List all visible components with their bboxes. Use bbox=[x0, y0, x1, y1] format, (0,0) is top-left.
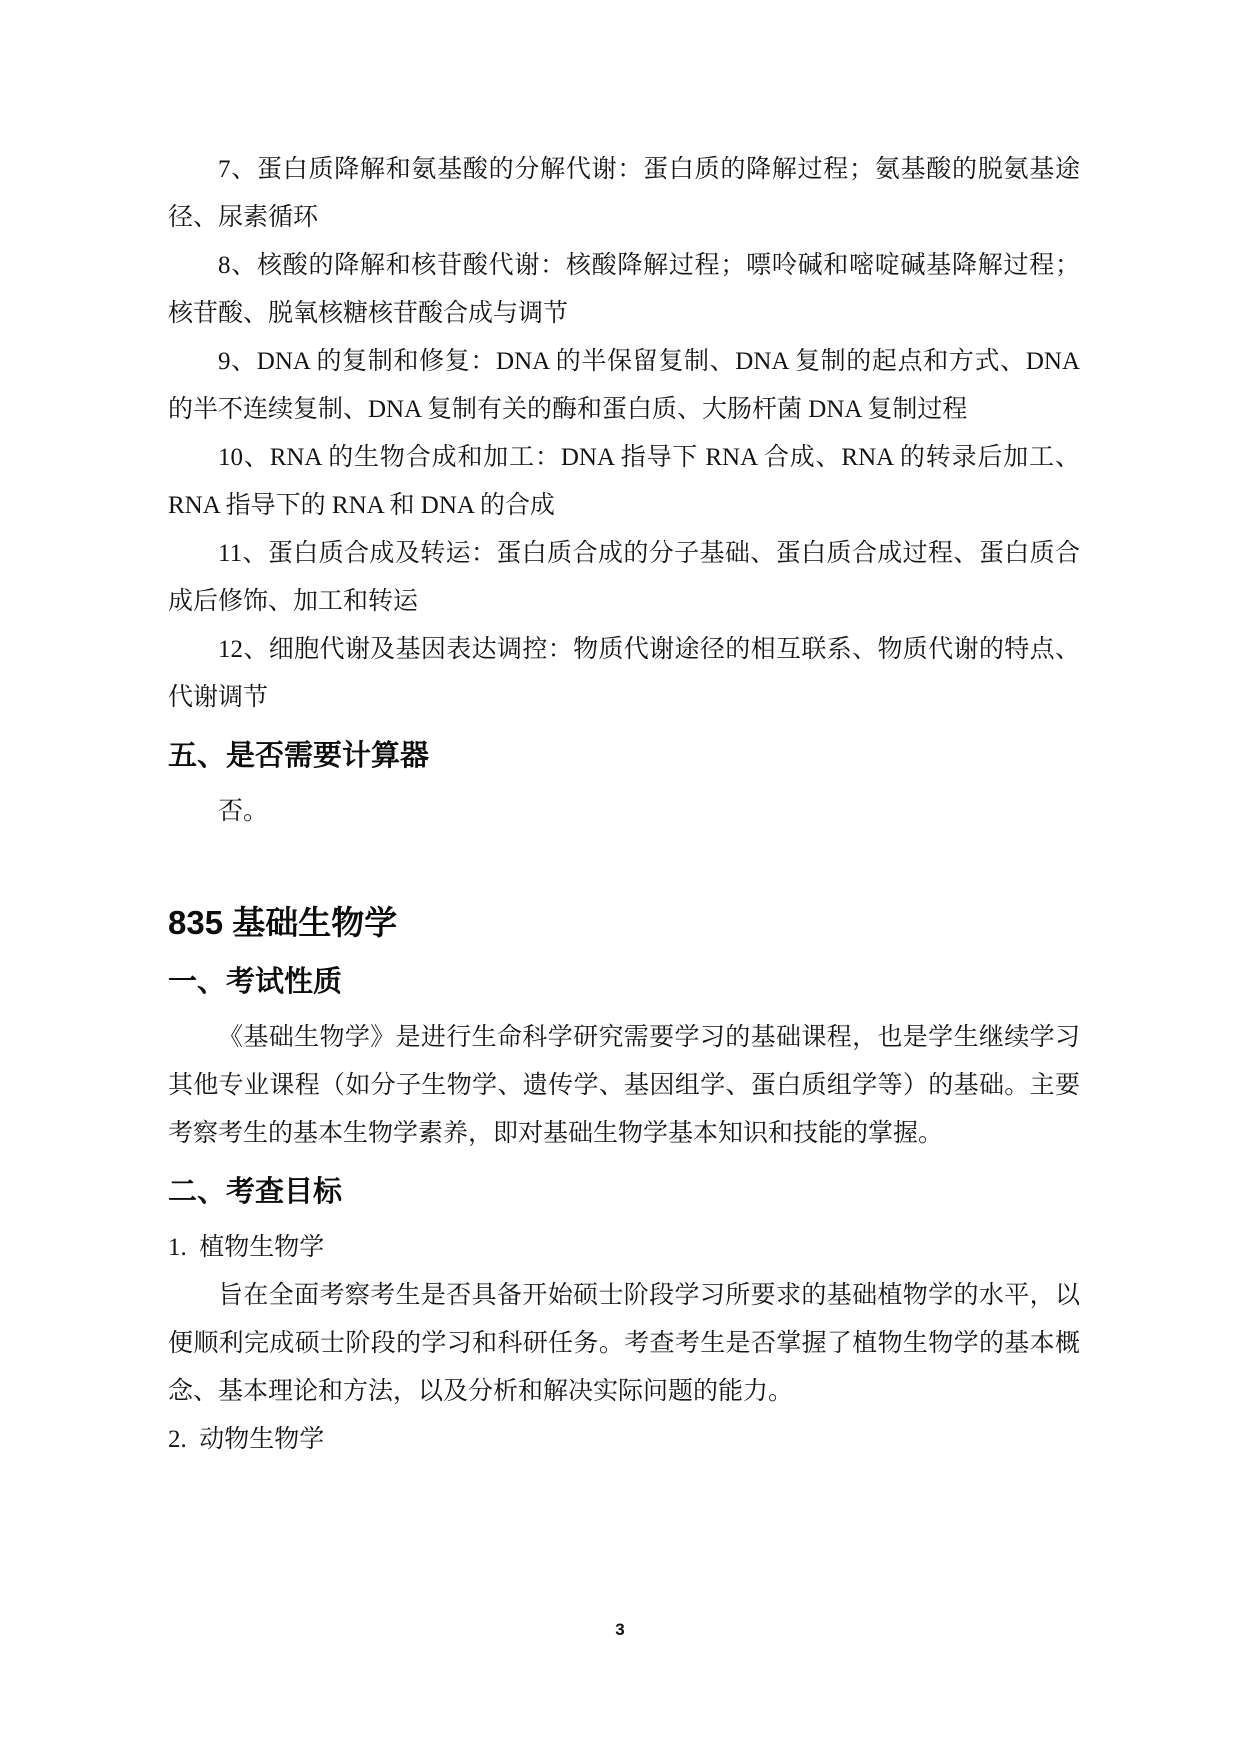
outline-item-8: 8、核酸的降解和核苷酸代谢：核酸降解过程；嘌呤碱和嘧啶碱基降解过程；核苷酸、脱氧… bbox=[168, 242, 1080, 338]
exam-objectives-heading: 二、考查目标 bbox=[168, 1168, 1080, 1216]
calculator-section-heading: 五、是否需要计算器 bbox=[168, 732, 1080, 780]
outline-item-11: 11、蛋白质合成及转运：蛋白质合成的分子基础、蛋白质合成过程、蛋白质合成后修饰、… bbox=[168, 530, 1080, 626]
objective-item-2-label: 2. 动物生物学 bbox=[168, 1416, 1080, 1464]
exam-nature-heading: 一、考试性质 bbox=[168, 958, 1080, 1006]
outline-item-12: 12、细胞代谢及基因表达调控：物质代谢途径的相互联系、物质代谢的特点、代谢调节 bbox=[168, 626, 1080, 722]
objective-item-1-label: 1. 植物生物学 bbox=[168, 1224, 1080, 1272]
exam-nature-paragraph: 《基础生物学》是进行生命科学研究需要学习的基础课程，也是学生继续学习其他专业课程… bbox=[168, 1014, 1080, 1158]
course-title: 835 基础生物学 bbox=[168, 898, 1080, 948]
outline-item-10: 10、RNA 的生物合成和加工：DNA 指导下 RNA 合成、RNA 的转录后加… bbox=[168, 434, 1080, 530]
document-content: 7、蛋白质降解和氨基酸的分解代谢：蛋白质的降解过程；氨基酸的脱氨基途径、尿素循环… bbox=[168, 146, 1080, 1464]
calculator-answer: 否。 bbox=[168, 788, 1080, 836]
page-number: 3 bbox=[0, 1620, 1240, 1640]
outline-item-9: 9、DNA 的复制和修复：DNA 的半保留复制、DNA 复制的起点和方式、DNA… bbox=[168, 338, 1080, 434]
outline-item-7: 7、蛋白质降解和氨基酸的分解代谢：蛋白质的降解过程；氨基酸的脱氨基途径、尿素循环 bbox=[168, 146, 1080, 242]
objective-item-1-paragraph: 旨在全面考察考生是否具备开始硕士阶段学习所要求的基础植物学的水平，以便顺利完成硕… bbox=[168, 1272, 1080, 1416]
document-page: 7、蛋白质降解和氨基酸的分解代谢：蛋白质的降解过程；氨基酸的脱氨基途径、尿素循环… bbox=[0, 0, 1240, 1754]
